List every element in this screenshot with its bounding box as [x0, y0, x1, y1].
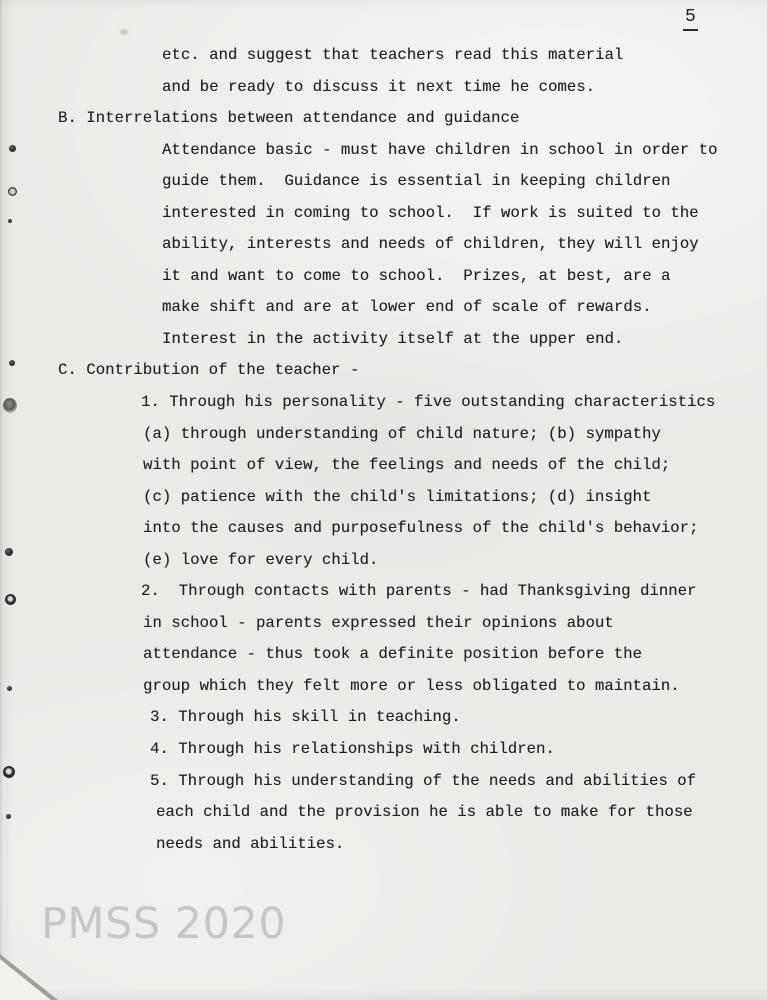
document-line: guide them. Guidance is essential in kee… — [0, 166, 767, 198]
document-line: etc. and suggest that teachers read this… — [0, 40, 767, 72]
binder-hole-mark — [3, 766, 15, 778]
binder-hole-mark — [8, 219, 12, 223]
binder-hole-mark — [8, 187, 17, 196]
binder-hole-mark — [9, 360, 15, 366]
scanned-document-page: 5 etc. and suggest that teachers read th… — [0, 0, 767, 1000]
document-line: group which they felt more or less oblig… — [0, 671, 767, 703]
document-line: Interest in the activity itself at the u… — [0, 324, 767, 356]
document-line: needs and abilities. — [0, 829, 767, 861]
document-line: with point of view, the feelings and nee… — [0, 450, 767, 482]
page-number: 5 — [683, 8, 698, 31]
document-line: (a) through understanding of child natur… — [0, 419, 767, 451]
document-line: make shift and are at lower end of scale… — [0, 292, 767, 324]
document-line: 2. Through contacts with parents - had T… — [0, 576, 767, 608]
document-line: B. Interrelations between attendance and… — [0, 103, 767, 135]
watermark: PMSS 2020 — [41, 903, 286, 946]
document-line: it and want to come to school. Prizes, a… — [0, 261, 767, 293]
document-line: and be ready to discuss it next time he … — [0, 72, 767, 104]
ink-smudge — [117, 27, 131, 37]
binder-hole-mark — [3, 398, 17, 413]
document-line: 5. Through his understanding of the need… — [0, 766, 767, 798]
document-line: (c) patience with the child's limitation… — [0, 482, 767, 514]
binder-hole-mark — [7, 686, 12, 691]
document-line: in school - parents expressed their opin… — [0, 608, 767, 640]
document-line: Attendance basic - must have children in… — [0, 135, 767, 167]
binder-hole-mark — [5, 548, 13, 556]
corner-fold — [0, 959, 51, 1000]
document-line: each child and the provision he is able … — [0, 797, 767, 829]
document-line: ability, interests and needs of children… — [0, 229, 767, 261]
document-line: (e) love for every child. — [0, 545, 767, 577]
binder-hole-mark — [9, 145, 16, 152]
binder-hole-mark — [5, 594, 16, 605]
binder-hole-mark — [6, 814, 11, 819]
document-line: 1. Through his personality - five outsta… — [0, 387, 767, 419]
document-line: 4. Through his relationships with childr… — [0, 734, 767, 766]
document-line: interested in coming to school. If work … — [0, 198, 767, 230]
document-line: 3. Through his skill in teaching. — [0, 702, 767, 734]
document-line: into the causes and purposefulness of th… — [0, 513, 767, 545]
document-line: C. Contribution of the teacher - — [0, 355, 767, 387]
document-lines: etc. and suggest that teachers read this… — [0, 40, 767, 860]
document-line: attendance - thus took a definite positi… — [0, 639, 767, 671]
